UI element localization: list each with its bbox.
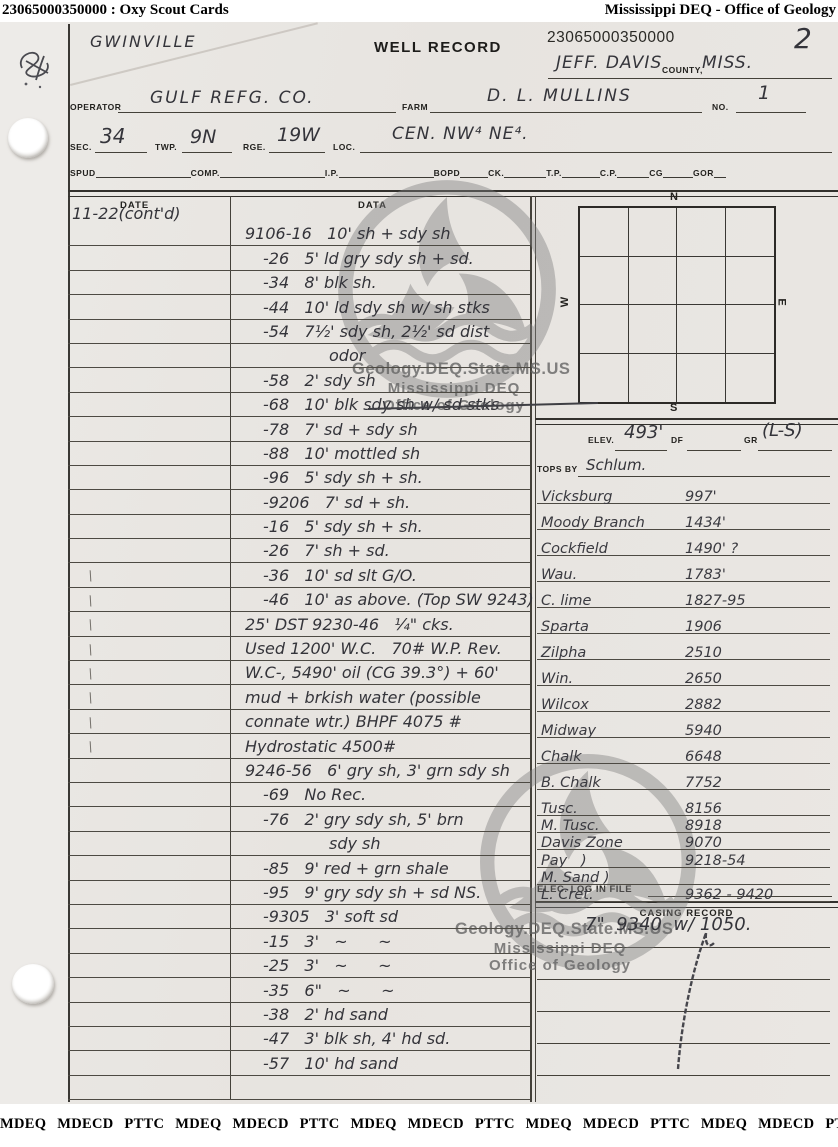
status-field-label: CK.: [488, 168, 504, 178]
table-row: -35 6" ~ ~: [68, 978, 530, 1002]
table-row: -26 5' ld gry sdy sh + sd.: [68, 246, 530, 270]
formation-top-row: Cockfield1490' ?: [537, 530, 830, 556]
table-row: -69 No Rec.: [68, 783, 530, 807]
table-row: \25' DST 9230-46 ¼" cks.: [68, 612, 530, 636]
pen-checkmark-stroke: [648, 917, 718, 1077]
table-row: -15 3' ~ ~: [68, 929, 530, 953]
farm-value: D. L. MULLINS: [487, 86, 632, 106]
data-cell: -58 2' sdy sh: [231, 370, 376, 392]
table-row: \mud + brkish water (possible: [68, 685, 530, 709]
data-cell: -68 10' blk sdy sh w/ sd stks: [231, 394, 499, 416]
data-cell: -88 10' mottled sh: [231, 443, 420, 465]
pen-scribble-mark: [14, 46, 60, 90]
status-field: C.P.: [600, 168, 649, 178]
print-header-bar: 23065000350000 : Oxy Scout Cards Mississ…: [0, 0, 838, 22]
status-field-line: [96, 168, 191, 178]
gr-underline: [758, 450, 832, 451]
formation-depth: 1906: [685, 619, 722, 635]
data-cell: -47 3' blk sh, 4' hd sd.: [231, 1028, 450, 1050]
farm-label: FARM: [402, 102, 428, 112]
formation-name: Sparta: [541, 619, 589, 635]
data-cell: -9206 7' sd + sh.: [231, 492, 410, 514]
status-field-line: [504, 168, 546, 178]
table-row: \-46 10' as above. (Top SW 9243): [68, 588, 530, 612]
data-cell: \Used 1200' W.C. 70# W.P. Rev.: [231, 638, 502, 660]
status-field-line: [714, 168, 726, 178]
data-cell: \W.C-, 5490' oil (CG 39.3°) + 60': [231, 662, 499, 684]
status-field: CK.: [488, 168, 546, 178]
footer-org-strip: MDEQ MDECD PTTC MDEQ MDECD PTTC MDEQ MDE…: [0, 1116, 838, 1133]
date-cell: [68, 929, 231, 952]
elev-underline: [615, 450, 667, 451]
date-cell: [68, 344, 231, 367]
date-cell: [68, 271, 231, 294]
data-cell: \-36 10' sd slt G/O.: [231, 565, 417, 587]
data-cell: -9305 3' soft sd: [231, 906, 398, 928]
date-cell: [68, 466, 231, 489]
table-row: -47 3' blk sh, 4' hd sd.: [68, 1027, 530, 1051]
date-divider-header-seg: [230, 196, 231, 222]
date-cell: [68, 807, 231, 830]
formation-top-row: C. lime1827-95: [537, 582, 830, 608]
data-cell: -34 8' blk sh.: [231, 272, 377, 294]
formation-depth: 6648: [685, 749, 722, 765]
formation-top-row: M. Tusc.8918: [537, 816, 830, 833]
table-row: 9246-56 6' gry sh, 3' grn sdy sh: [68, 759, 530, 783]
date-cell: [68, 832, 231, 855]
tops-by-value: Schlum.: [586, 456, 646, 474]
status-field-line: [339, 168, 434, 178]
date-cell: [68, 442, 231, 465]
gr-value: (L-S): [762, 420, 803, 441]
loc-label: LOC.: [333, 142, 355, 152]
table-row: -58 2' sdy sh: [68, 368, 530, 392]
data-cell: sdy sh: [231, 833, 381, 855]
date-cell: [68, 320, 231, 343]
rge-value: 19W: [277, 124, 320, 146]
formation-name: M. Sand ): [541, 870, 609, 886]
compass-north-label: N: [670, 191, 678, 203]
status-field-label: BOPD: [434, 168, 461, 178]
page-number: 2: [794, 22, 812, 55]
twp-label: TWP.: [155, 142, 177, 152]
formation-top-row: Chalk6648: [537, 738, 830, 764]
print-footer-bar: MDEQ MDECD PTTC MDEQ MDECD PTTC MDEQ MDE…: [0, 1104, 838, 1147]
operator-underline: [118, 112, 396, 113]
hole-punch-bottom: [12, 964, 54, 1004]
form-title: WELL RECORD: [374, 39, 502, 56]
status-field: GOR: [693, 168, 726, 178]
table-row: -9206 7' sd + sh.: [68, 490, 530, 514]
formation-name: Vicksburg: [541, 489, 612, 505]
table-row: -9305 3' soft sd: [68, 905, 530, 929]
data-cell: -35 6" ~ ~: [231, 980, 395, 1002]
status-field: SPUD: [70, 168, 191, 178]
table-row: -68 10' blk sdy sh w/ sd stks: [68, 393, 530, 417]
rge-label: RGE.: [243, 142, 266, 152]
table-row: -96 5' sdy sh + sh.: [68, 466, 530, 490]
section-divider-a: [530, 196, 532, 1102]
formation-name: Chalk: [541, 749, 582, 765]
data-cell: -57 10' hd sand: [231, 1053, 398, 1075]
date-cell: [68, 759, 231, 782]
twp-value: 9N: [190, 126, 216, 148]
sec-label: SEC.: [70, 142, 92, 152]
api-serial-number: 23065000350000: [547, 29, 675, 47]
data-column-header: DATA: [358, 200, 387, 211]
status-field-line: [460, 168, 488, 178]
formation-name: Zilpha: [541, 645, 586, 661]
county-underline: [548, 78, 832, 79]
well-no-label: NO.: [712, 102, 729, 112]
formation-depth: 5940: [685, 723, 722, 739]
table-row: \Used 1200' W.C. 70# W.P. Rev.: [68, 637, 530, 661]
rge-underline: [269, 152, 325, 153]
date-cell: [68, 1003, 231, 1026]
twp-underline: [182, 152, 232, 153]
formation-name: Cockfield: [541, 541, 608, 557]
date-cell: [68, 905, 231, 928]
scan-area: GWINVILLE WELL RECORD 23065000350000 2 J…: [0, 22, 838, 1104]
status-field: T.P.: [546, 168, 600, 178]
data-cell: -78 7' sd + sdy sh: [231, 419, 418, 441]
date-cell: [68, 222, 231, 245]
status-row: SPUDCOMP.I.P.BOPDCK.T.P.C.P.CGGOR: [70, 168, 832, 178]
formation-top-row: Pay )9218-54: [537, 850, 830, 867]
sec-underline: [95, 152, 147, 153]
formation-depth: 9218-54: [685, 853, 746, 869]
table-row: -57 10' hd sand: [68, 1051, 530, 1075]
date-cell: [68, 417, 231, 440]
table-row: -76 2' gry sdy sh, 5' brn: [68, 807, 530, 831]
compass-west-label: W: [559, 297, 571, 307]
data-cell: \Hydrostatic 4500#: [231, 736, 396, 758]
formation-tops-list: Vicksburg997'Moody Branch1434'Cockfield1…: [537, 478, 830, 902]
formation-name: B. Chalk: [541, 775, 601, 791]
status-field-label: C.P.: [600, 168, 617, 178]
status-field: I.P.: [325, 168, 434, 178]
table-row: [68, 1076, 530, 1100]
data-cell: \connate wtr.) BHPF 4075 #: [231, 711, 462, 733]
formation-depth: 2650: [685, 671, 722, 687]
formation-top-row: B. Chalk7752: [537, 764, 830, 790]
hole-punch-top: [8, 118, 48, 158]
loc-value: CEN. NW⁴ NE⁴.: [392, 124, 529, 144]
table-row: -54 7½' sdy sh, 2½' sd dist: [68, 320, 530, 344]
data-cell: \mud + brkish water (possible: [231, 687, 481, 709]
tops-by-underline: [578, 476, 830, 477]
formation-name: Moody Branch: [541, 515, 645, 531]
formation-depth: 997': [685, 489, 717, 505]
date-cell: [68, 881, 231, 904]
date-cell: [68, 295, 231, 318]
formation-top-row: Zilpha2510: [537, 634, 830, 660]
operator-value: GULF REFG. CO.: [150, 88, 315, 108]
formation-top-row: Sparta1906: [537, 608, 830, 634]
table-row: \connate wtr.) BHPF 4075 #: [68, 710, 530, 734]
data-cell: 9246-56 6' gry sh, 3' grn sdy sh: [231, 760, 510, 782]
gr-label: GR: [744, 435, 758, 445]
df-label: DF: [671, 435, 683, 445]
data-cell: -25 3' ~ ~: [231, 955, 392, 977]
data-cell: -69 No Rec.: [231, 784, 366, 806]
operator-label: OPERATOR: [70, 102, 121, 112]
data-cell: -16 5' sdy sh + sh.: [231, 516, 423, 538]
well-log-table: 9106-16 10' sh + sdy sh-26 5' ld gry sdy…: [68, 222, 530, 1100]
status-field: CG: [649, 168, 693, 178]
data-cell: -26 7' sh + sd.: [231, 540, 390, 562]
date-cell: [68, 368, 231, 391]
section-divider-b: [535, 196, 536, 1102]
table-row: -38 2' hd sand: [68, 1003, 530, 1027]
elev-value: 493': [624, 422, 663, 443]
data-cell: \25' DST 9230-46 ¼" cks.: [231, 614, 454, 636]
formation-depth: 8918: [685, 818, 722, 834]
formation-depth: 1434': [685, 515, 726, 531]
table-row: -26 7' sh + sd.: [68, 539, 530, 563]
state-value: MISS.: [702, 53, 753, 73]
date-cell: [68, 954, 231, 977]
date-cell: [68, 783, 231, 806]
formation-name: Wilcox: [541, 697, 589, 713]
location-plat-grid: [578, 206, 776, 404]
table-row: 9106-16 10' sh + sdy sh: [68, 222, 530, 246]
formation-top-row: Tusc.8156: [537, 790, 830, 816]
date-cell: [68, 490, 231, 513]
formation-depth: 2510: [685, 645, 722, 661]
formation-name: Win.: [541, 671, 573, 687]
status-field-label: GOR: [693, 168, 714, 178]
formation-top-row: L. Cret.9362 - 9420: [537, 885, 830, 902]
data-cell: odor: [231, 345, 365, 367]
data-cell: -85 9' red + grn shale: [231, 858, 449, 880]
status-field-line: [562, 168, 600, 178]
formation-top-row: Davis Zone9070: [537, 833, 830, 850]
status-field: BOPD: [434, 168, 489, 178]
formation-top-row: Wau.1783': [537, 556, 830, 582]
field-name: GWINVILLE: [90, 32, 197, 51]
status-field-label: T.P.: [546, 168, 562, 178]
table-row: \-36 10' sd slt G/O.: [68, 563, 530, 587]
table-row: -88 10' mottled sh: [68, 442, 530, 466]
data-cell: -76 2' gry sdy sh, 5' brn: [231, 809, 464, 831]
formation-name: M. Tusc.: [541, 818, 599, 834]
data-cell: -95 9' gry sdy sh + sd NS.: [231, 882, 481, 904]
status-field-label: COMP.: [191, 168, 220, 178]
table-row: -34 8' blk sh.: [68, 271, 530, 295]
formation-depth: 9070: [685, 835, 722, 851]
table-row: odor: [68, 344, 530, 368]
county-value: JEFF. DAVIS: [556, 53, 662, 73]
df-underline: [687, 450, 741, 451]
date-cell: [68, 1027, 231, 1050]
date-cell: [68, 393, 231, 416]
data-cell: -54 7½' sdy sh, 2½' sd dist: [231, 321, 489, 343]
no-underline: [736, 112, 806, 113]
formation-depth: 9362 - 9420: [685, 887, 773, 903]
compass-east-label: E: [776, 298, 788, 305]
formation-name: C. lime: [541, 593, 591, 609]
county-label: COUNTY,: [662, 65, 703, 75]
table-row: -95 9' gry sdy sh + sd NS.: [68, 881, 530, 905]
tops-by-label: TOPS BY: [537, 464, 578, 474]
farm-underline: [430, 112, 702, 113]
formation-depth: 1490' ?: [685, 541, 738, 557]
data-cell: -15 3' ~ ~: [231, 931, 392, 953]
date-cell: [68, 856, 231, 879]
formation-depth: 2882: [685, 697, 722, 713]
date-cell: [68, 1076, 231, 1099]
table-row: -44 10' ld sdy sh w/ sh stks: [68, 295, 530, 319]
data-cell: 9106-16 10' sh + sdy sh: [231, 223, 451, 245]
formation-top-row: Wilcox2882: [537, 686, 830, 712]
table-row: -25 3' ~ ~: [68, 954, 530, 978]
date-cell: [68, 515, 231, 538]
scanned-well-record-page: 23065000350000 : Oxy Scout Cards Mississ…: [0, 0, 838, 1147]
date-note: 11-22(cont'd): [72, 204, 181, 223]
well-no-value: 1: [758, 82, 770, 104]
table-row: \Hydrostatic 4500#: [68, 734, 530, 758]
date-cell: [68, 978, 231, 1001]
status-field-label: CG: [649, 168, 663, 178]
formation-top-row: Midway5940: [537, 712, 830, 738]
status-field-label: I.P.: [325, 168, 339, 178]
date-cell: [68, 246, 231, 269]
formation-depth: 7752: [685, 775, 722, 791]
status-field: COMP.: [191, 168, 325, 178]
table-row: sdy sh: [68, 832, 530, 856]
header-divider: [68, 190, 838, 197]
data-cell: \-46 10' as above. (Top SW 9243): [231, 589, 534, 611]
data-cell: -26 5' ld gry sdy sh + sd.: [231, 248, 474, 270]
formation-name: Tusc.: [541, 801, 578, 817]
status-field-line: [663, 168, 693, 178]
formation-depth: 8156: [685, 801, 722, 817]
date-cell: [68, 1051, 231, 1074]
doc-id-header: 23065000350000 : Oxy Scout Cards: [2, 2, 229, 19]
table-row: -16 5' sdy sh + sh.: [68, 515, 530, 539]
date-cell: [68, 539, 231, 562]
status-field-line: [617, 168, 649, 178]
sec-value: 34: [100, 124, 125, 148]
scanner-backing: [0, 22, 68, 1104]
formation-name: Pay ): [541, 853, 587, 869]
formation-top-row: Moody Branch1434': [537, 504, 830, 530]
data-cell: -38 2' hd sand: [231, 1004, 388, 1026]
formation-name: Wau.: [541, 567, 577, 583]
agency-header: Mississippi DEQ - Office of Geology: [605, 2, 836, 19]
status-field-line: [220, 168, 325, 178]
status-field-label: SPUD: [70, 168, 96, 178]
formation-depth: 1827-95: [685, 593, 746, 609]
data-cell: -44 10' ld sdy sh w/ sh stks: [231, 297, 490, 319]
formation-name: Davis Zone: [541, 835, 623, 851]
formation-name: Midway: [541, 723, 596, 739]
elev-label: ELEV.: [588, 435, 614, 445]
formation-depth: 1783': [685, 567, 726, 583]
formation-top-row: Vicksburg997': [537, 478, 830, 504]
table-row: \W.C-, 5490' oil (CG 39.3°) + 60': [68, 661, 530, 685]
formation-top-row: Win.2650: [537, 660, 830, 686]
loc-underline: [360, 152, 832, 153]
table-row: -78 7' sd + sdy sh: [68, 417, 530, 441]
formation-top-row: M. Sand ): [537, 868, 830, 885]
table-row: -85 9' red + grn shale: [68, 856, 530, 880]
formation-name: L. Cret.: [541, 887, 594, 903]
data-cell: -96 5' sdy sh + sh.: [231, 467, 423, 489]
